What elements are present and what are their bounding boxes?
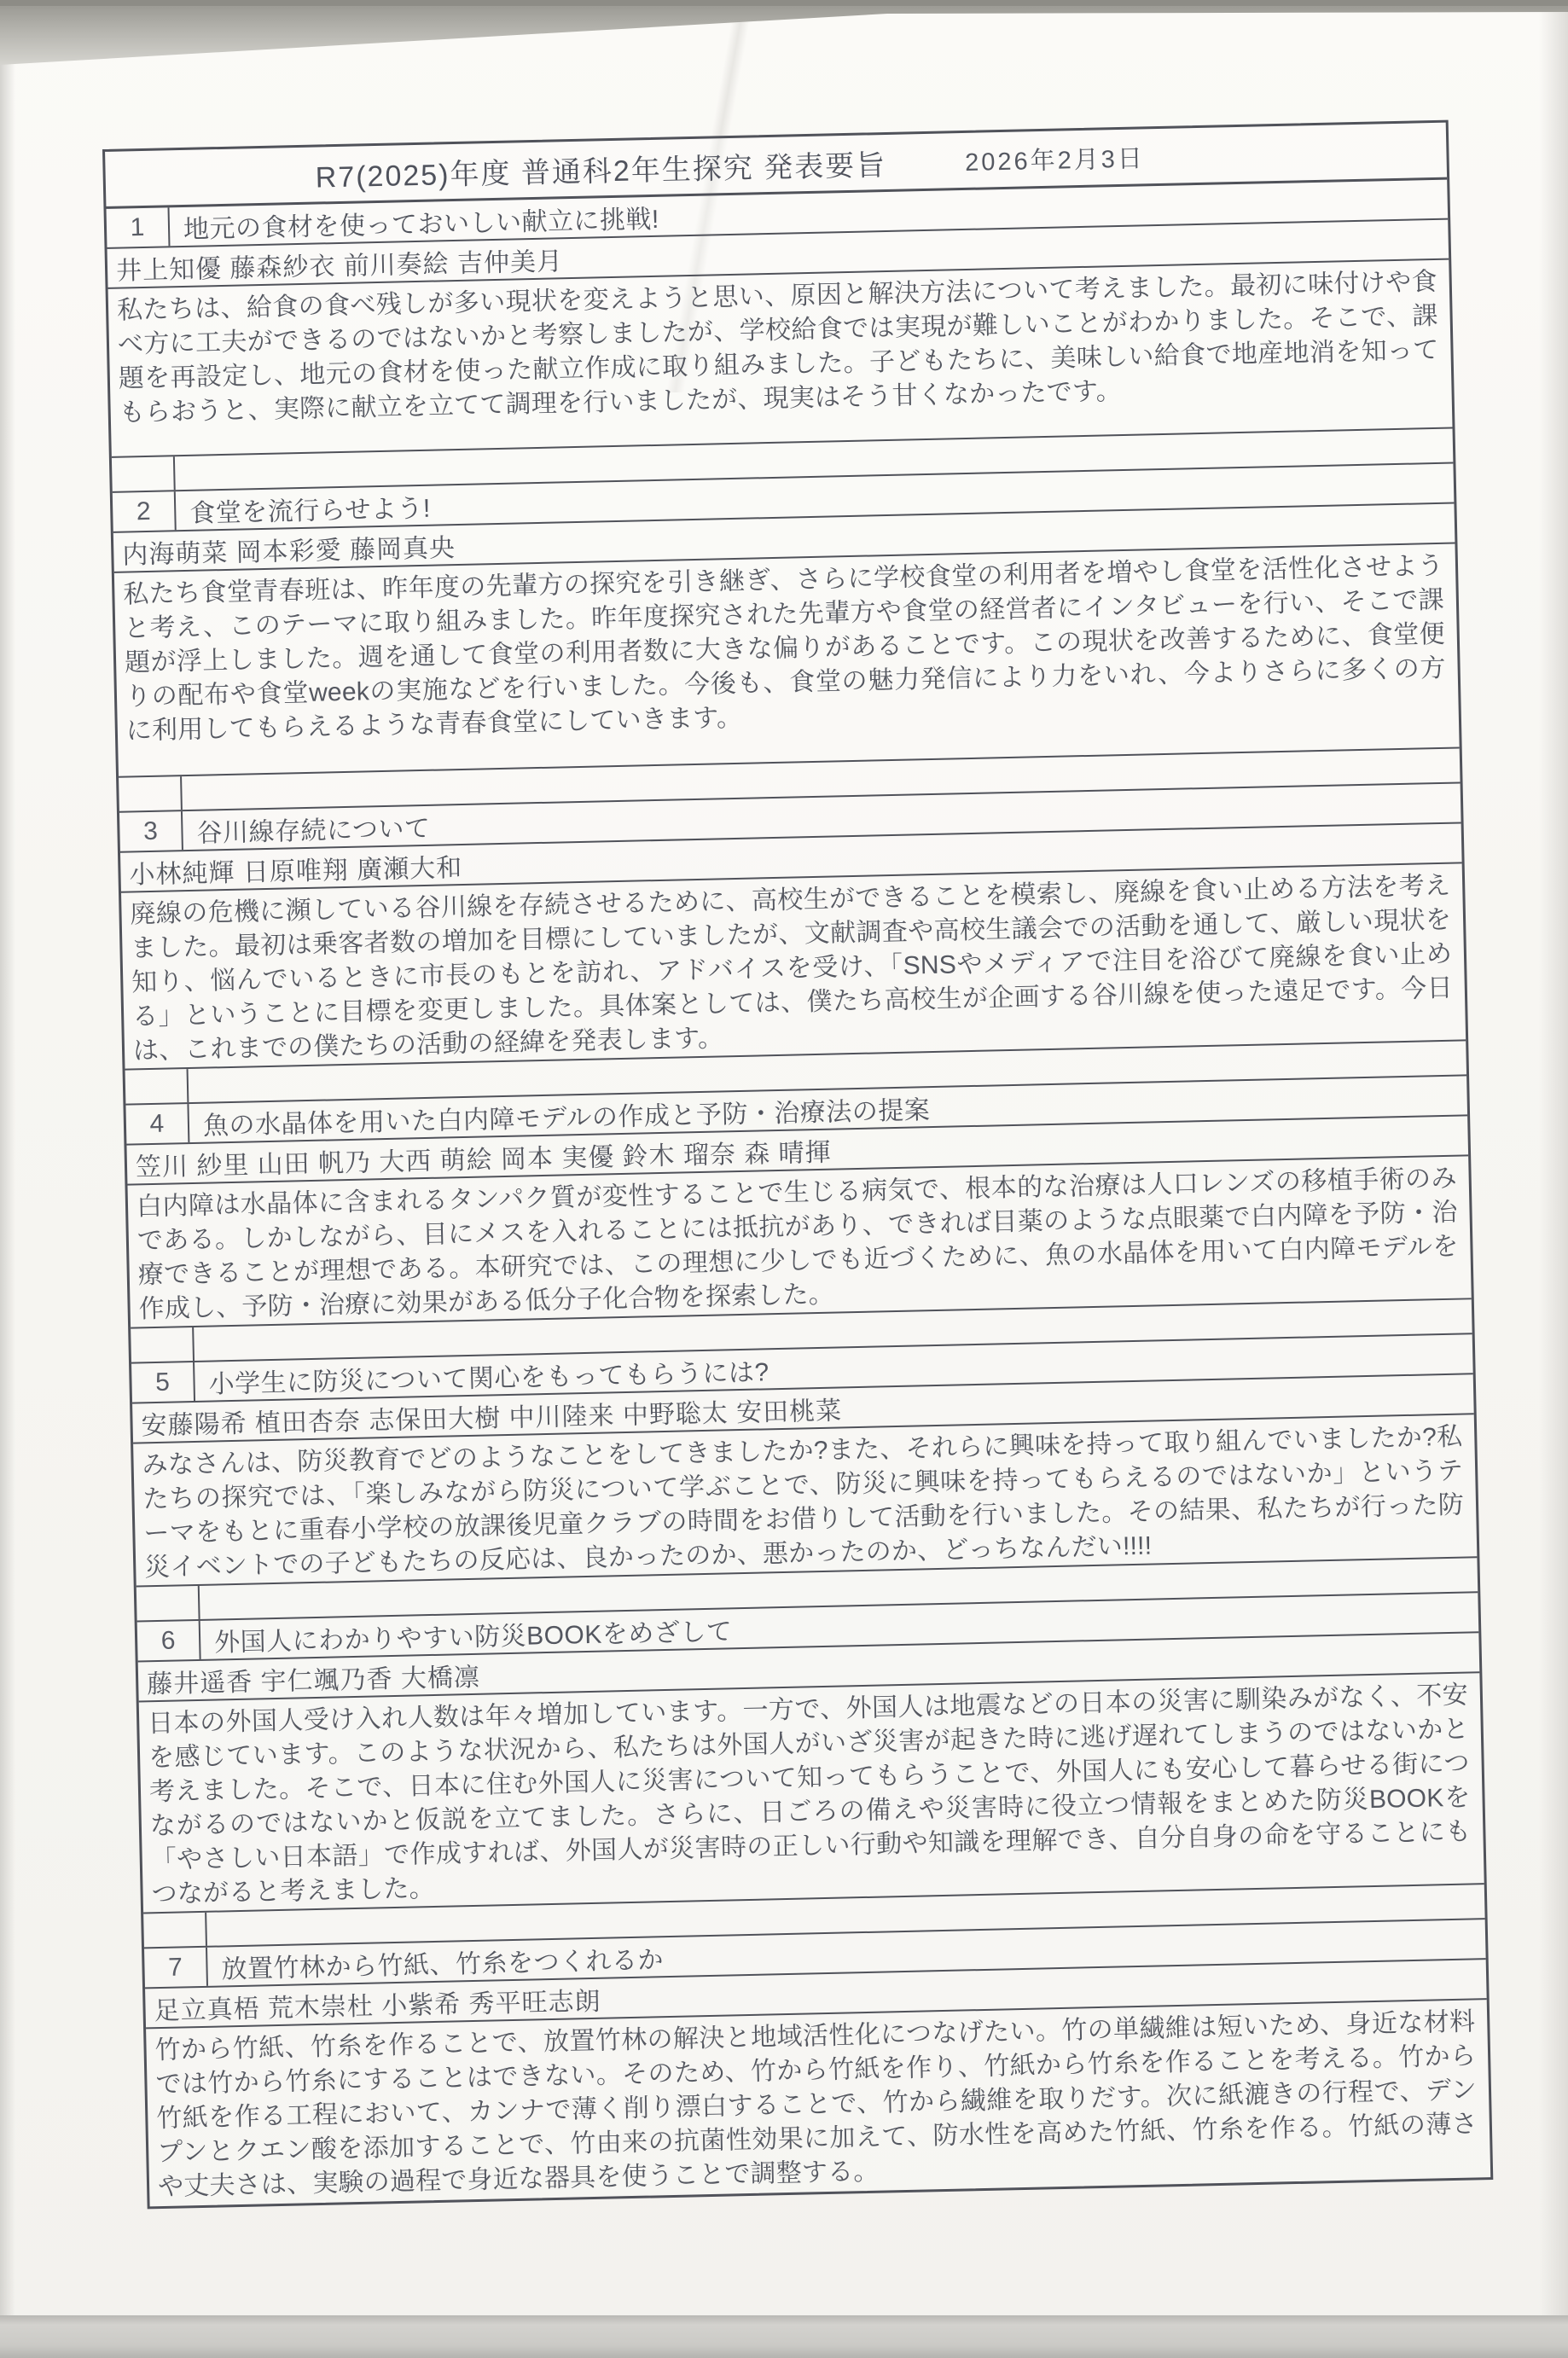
spacer-number-cell — [112, 456, 176, 491]
section-number: 6 — [137, 1621, 201, 1661]
document: R7(2025)年度 普通科2年生探究 発表要旨 2026年2月3日 1 地元の… — [0, 0, 1568, 2358]
section-abstract: 白内障は水晶体に含まれるタンパク質が変性することで生じる病気で、根本的な治療は人… — [128, 1156, 1472, 1328]
section-abstract: 日本の外国人受け入れ人数は年々増加しています。一方で、外国人は地震などの日本の災… — [139, 1673, 1484, 1914]
scan-edge-bottom-strip — [0, 2315, 1568, 2358]
section-block: 6 外国人にわかりやすい防災BOOKをめざして 藤井遥香 宇仁颯乃香 大橋凛 日… — [137, 1593, 1484, 1914]
spacer-number-cell — [131, 1327, 195, 1362]
section-abstract: 竹から竹紙、竹糸を作ることで、放置竹林の解決と地域活性化につなげたい。竹の単繊維… — [146, 2000, 1490, 2206]
section-abstract: 私たちは、給食の食べ残しが多い現状を変えようと思い、原因と解決方法について考えま… — [108, 260, 1453, 458]
section-block: 5 小学生に防災について関心をもってもらうには? 安藤陽希 植田杏奈 志保田大樹… — [131, 1334, 1477, 1587]
abstract-table: R7(2025)年度 普通科2年生探究 発表要旨 2026年2月3日 1 地元の… — [102, 120, 1493, 2210]
section-title: 食堂を流行らせよう! — [176, 486, 431, 530]
section-number: 7 — [144, 1948, 208, 1988]
scanned-page: R7(2025)年度 普通科2年生探究 発表要旨 2026年2月3日 1 地元の… — [0, 0, 1568, 2358]
spacer-number-cell — [125, 1069, 189, 1104]
section-block: 1 地元の食材を使っておいしい献立に挑戦! 井上知優 藤森紗衣 前川奏絵 吉仲美… — [107, 180, 1453, 458]
spacer-number-cell — [136, 1586, 200, 1621]
section-abstract: 廃線の危機に瀕している谷川線を存続させるために、高校生ができることを模索し、廃線… — [121, 863, 1466, 1070]
section-number: 4 — [125, 1104, 189, 1144]
page-title: R7(2025)年度 普通科2年生探究 発表要旨 — [315, 141, 886, 195]
section-block: 2 食堂を流行らせよう! 内海萌菜 岡本彩愛 藤岡真央 私たち食堂青春班は、昨年… — [113, 464, 1460, 778]
section-abstract: 私たち食堂青春班は、昨年度の先輩方の探究を引き継ぎ、さらに学校食堂の利用者を増や… — [114, 544, 1460, 778]
page-date: 2026年2月3日 — [965, 139, 1146, 178]
section-number: 5 — [131, 1362, 195, 1403]
section-abstract: みなさんは、防災教育でどのようなことをしてきましたか?また、それらに興味を持って… — [133, 1414, 1477, 1587]
spacer-number-cell — [143, 1913, 207, 1948]
spacer-number-cell — [119, 776, 183, 811]
section-number: 2 — [113, 491, 177, 531]
section-number: 3 — [119, 811, 183, 851]
section-block: 3 谷川線存続について 小林純輝 日原唯翔 廣瀬大和 廃線の危機に瀕している谷川… — [119, 783, 1466, 1070]
section-block: 4 魚の水晶体を用いた白内障モデルの作成と予防・治療法の提案 笠川 紗里 山田 … — [125, 1076, 1471, 1328]
section-block: 7 放置竹林から竹紙、竹糸をつくれるか 足立真梧 荒木崇杜 小紫希 秀平旺志朗 … — [144, 1920, 1490, 2206]
section-rows: 1 地元の食材を使っておいしい献立に挑戦! 井上知優 藤森紗衣 前川奏絵 吉仲美… — [107, 180, 1491, 2207]
section-title: 谷川線存続について — [183, 806, 431, 850]
section-number: 1 — [107, 207, 171, 247]
